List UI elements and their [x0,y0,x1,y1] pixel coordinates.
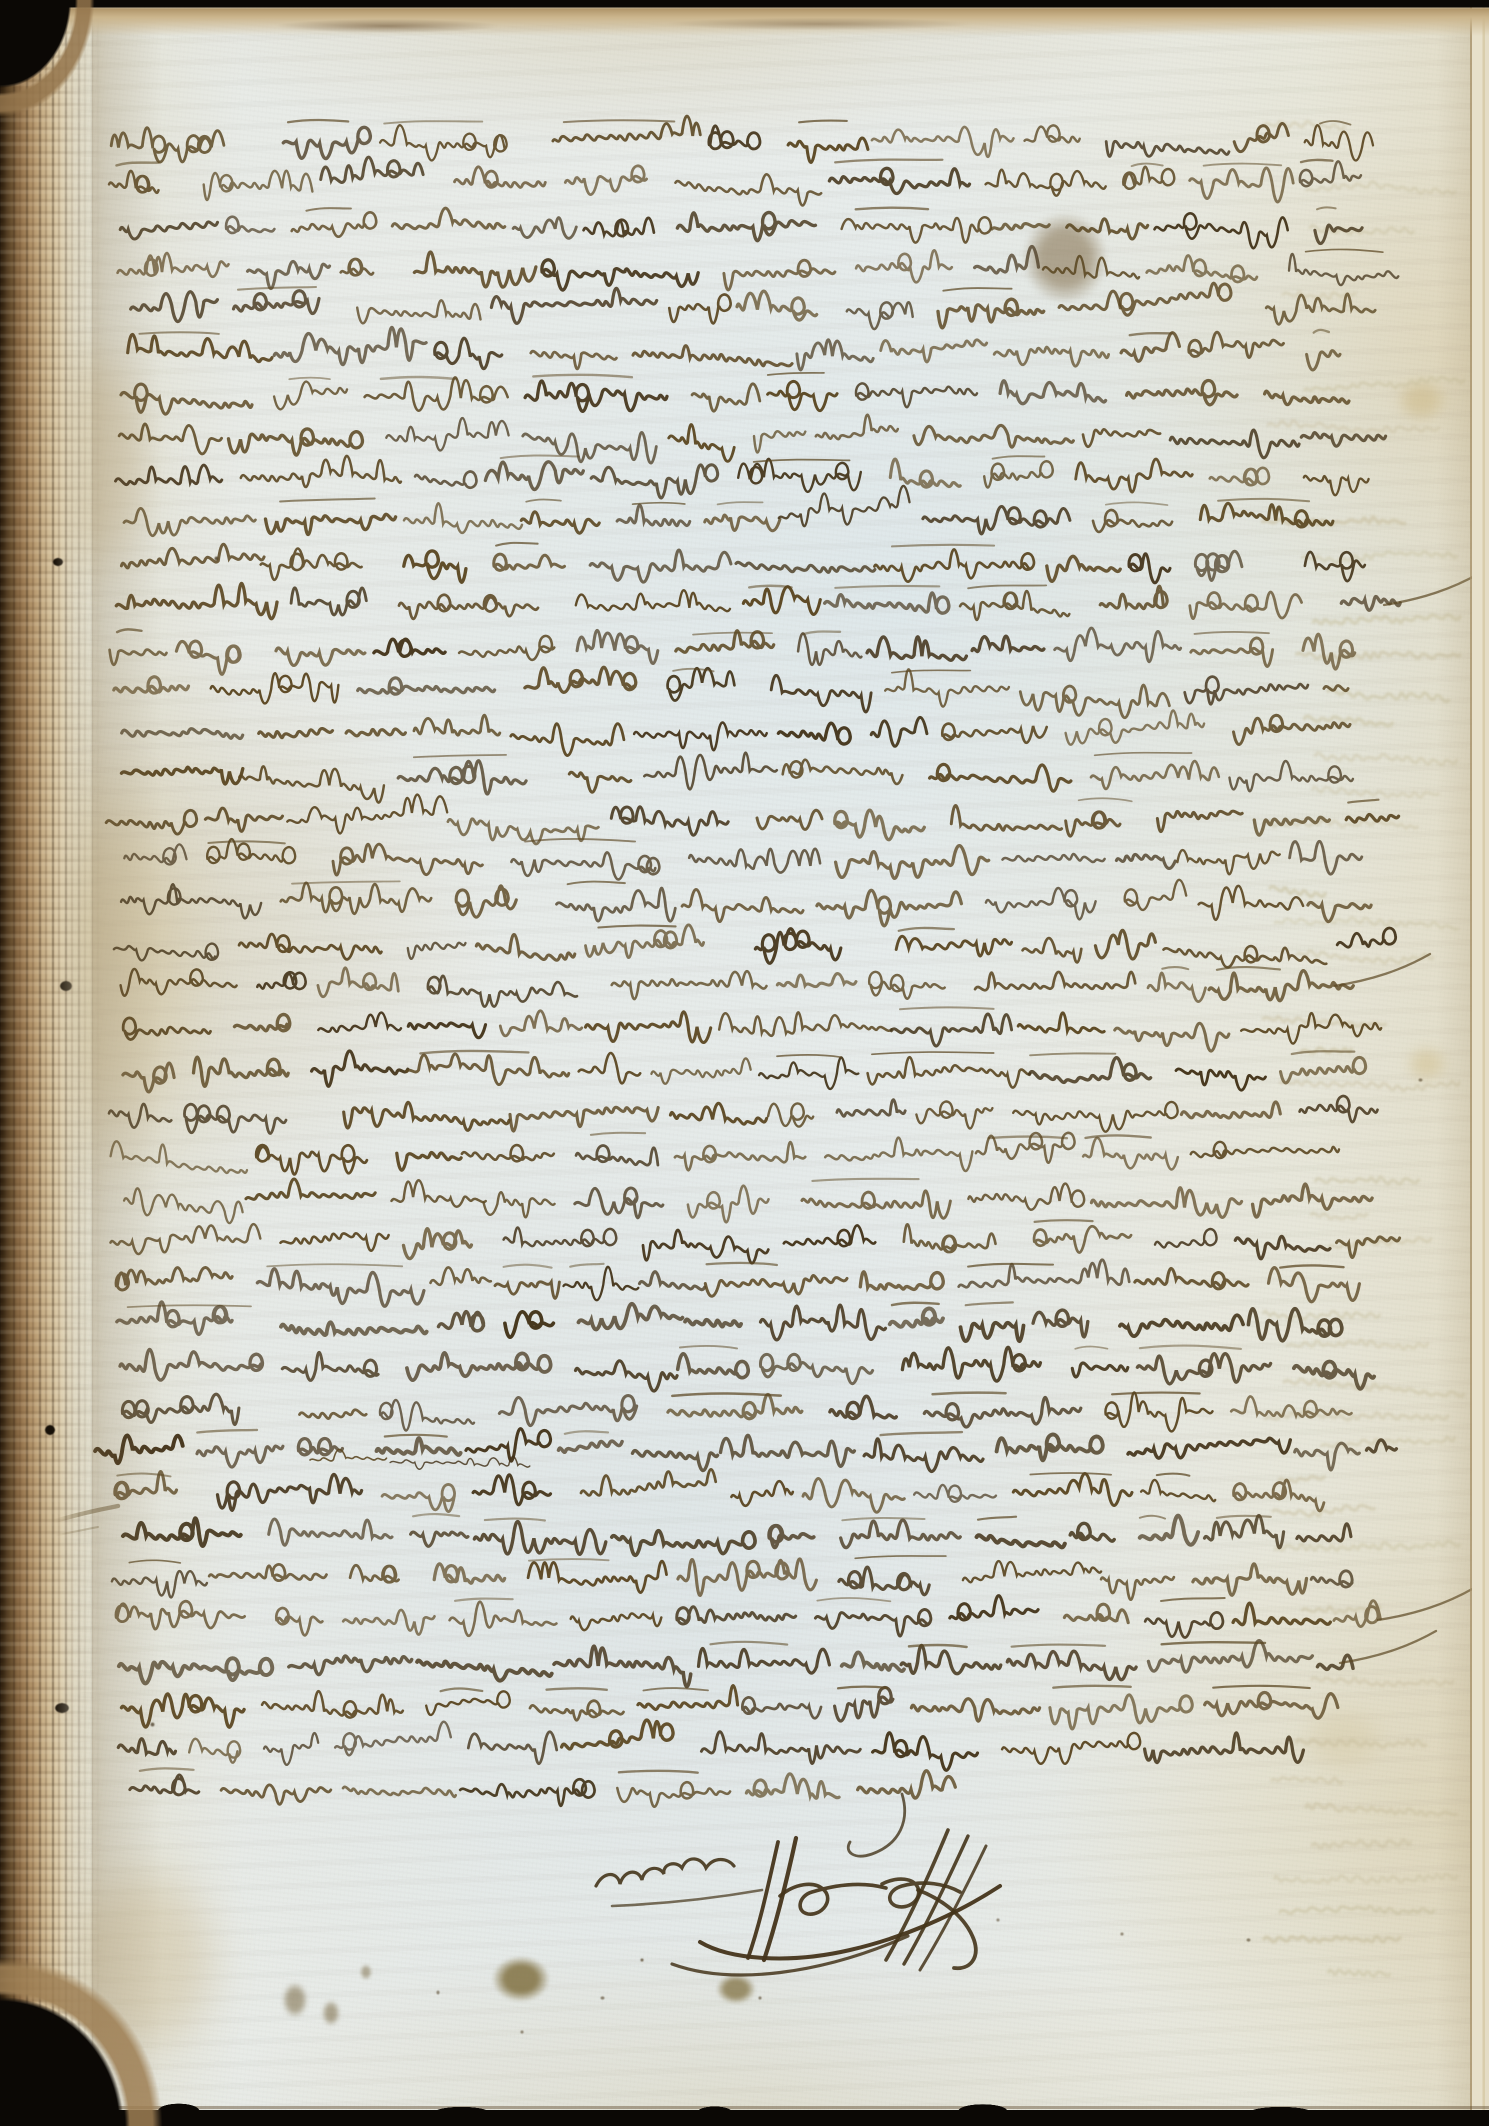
right-edge-shade [1436,0,1472,2126]
gutter-top-corner [0,0,110,150]
manuscript-scan [0,0,1489,2126]
page-right-edge [1470,0,1489,2126]
page-top-edge [0,0,1489,44]
signature-rubric [596,1794,1000,1975]
handwriting-svg [0,0,1489,2126]
handwriting-lines [95,116,1480,1807]
book-gutter [0,0,104,2126]
page-bottom-left-corner [0,1876,240,2126]
